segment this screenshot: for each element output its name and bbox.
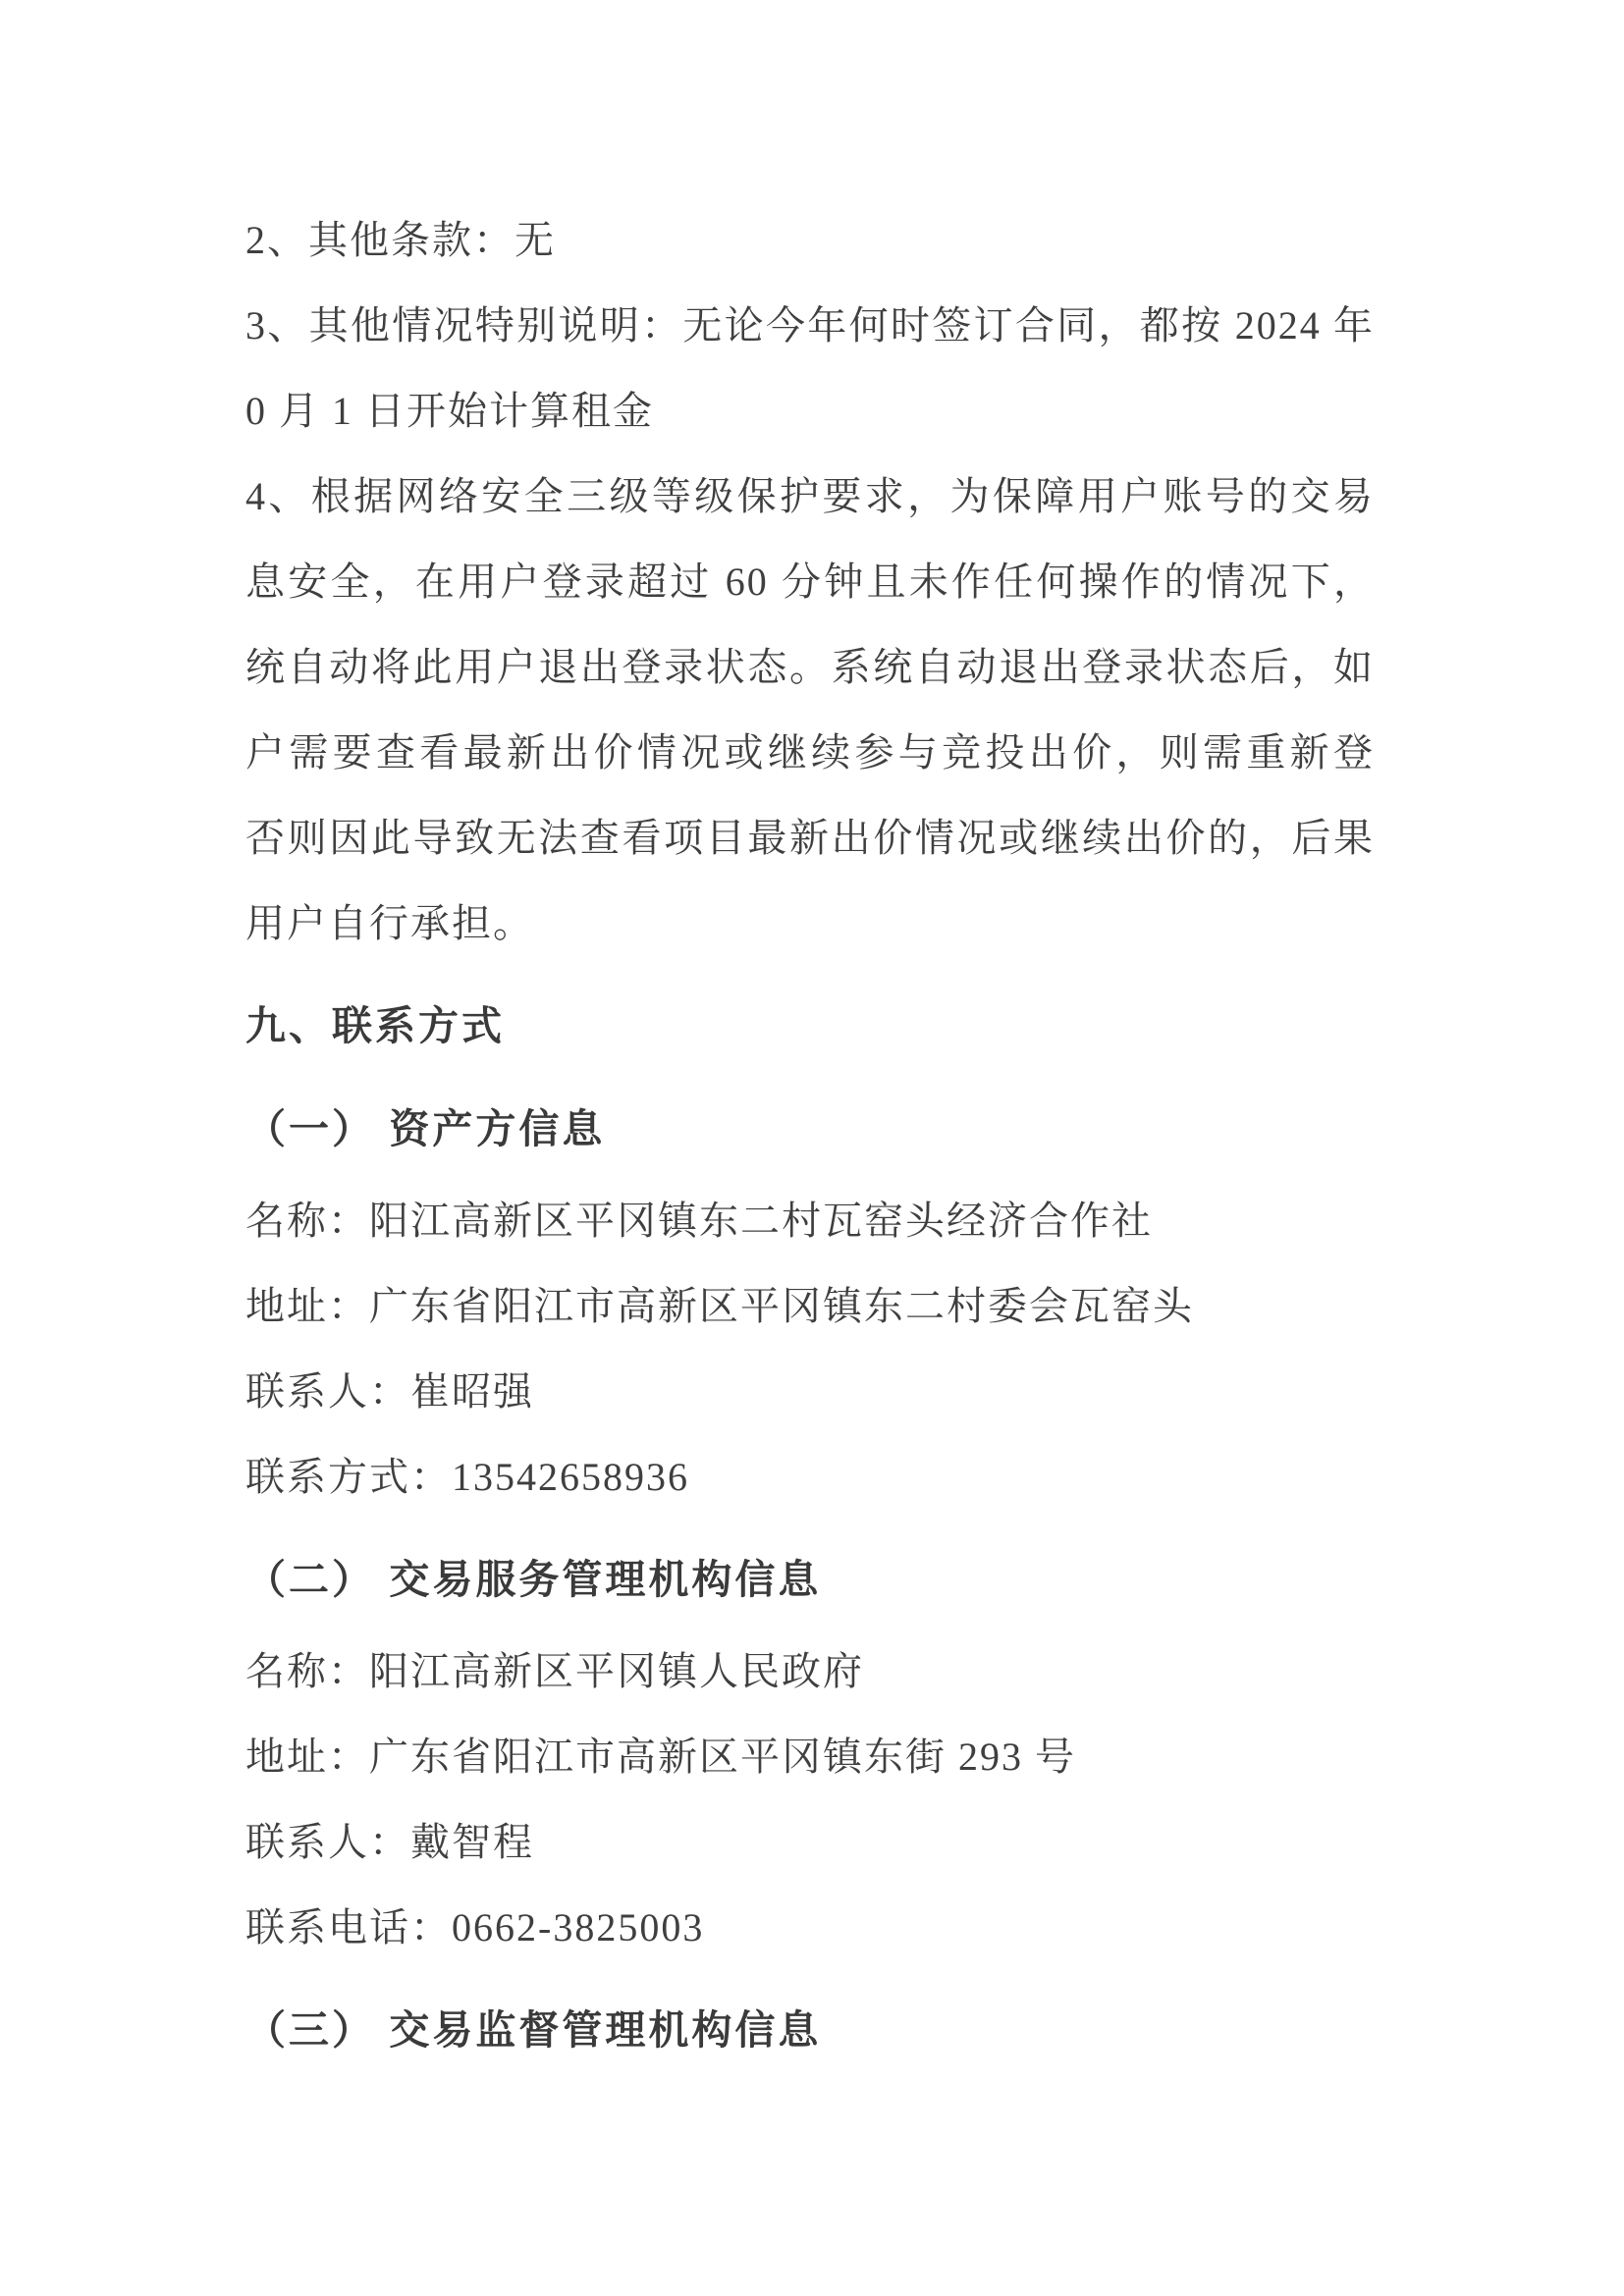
service-agency-heading: （二） 交易服务管理机构信息: [245, 1537, 1375, 1623]
service-agency-contact-person: 联系人：戴智程: [245, 1799, 1375, 1885]
document-page: 2、其他条款：无 3、其他情况特别说明：无论今年何时签订合同，都按 2024 年…: [0, 0, 1624, 2296]
clause-4-security-line-2: 息安全，在用户登录超过 60 分钟且未作任何操作的情况下，系: [245, 539, 1375, 624]
service-agency-name: 名称：阳江高新区平冈镇人民政府: [245, 1629, 1375, 1714]
supervision-agency-heading: （三） 交易监督管理机构信息: [245, 1988, 1375, 2073]
clause-4-security-line-3: 统自动将此用户退出登录状态。系统自动退出登录状态后，如用: [245, 624, 1375, 710]
clause-4-security-line-4: 户需要查看最新出价情况或继续参与竞投出价，则需重新登录，: [245, 710, 1375, 795]
service-agency-address: 地址：广东省阳江市高新区平冈镇东街 293 号: [245, 1714, 1375, 1799]
asset-party-address: 地址：广东省阳江市高新区平冈镇东二村委会瓦窑头: [245, 1263, 1375, 1349]
clause-3-special-note-line-1: 3、其他情况特别说明：无论今年何时签订合同，都按 2024 年 1: [245, 283, 1375, 368]
clause-4-security-line-1: 4、根据网络安全三级等级保护要求，为保障用户账号的交易信: [245, 454, 1375, 539]
clause-2-other-terms: 2、其他条款：无: [245, 197, 1375, 283]
asset-party-contact-number: 联系方式：13542658936: [245, 1434, 1375, 1520]
clause-3-special-note-line-2: 0 月 1 日开始计算租金: [245, 368, 1375, 454]
asset-party-heading: （一） 资产方信息: [245, 1087, 1375, 1172]
asset-party-name: 名称：阳江高新区平冈镇东二村瓦窑头经济合作社: [245, 1178, 1375, 1263]
asset-party-contact-person: 联系人：崔昭强: [245, 1349, 1375, 1434]
clause-4-security-line-5: 否则因此导致无法查看项目最新出价情况或继续出价的，后果由: [245, 795, 1375, 881]
section-9-heading: 九、联系方式: [245, 984, 1375, 1069]
service-agency-contact-phone: 联系电话：0662-3825003: [245, 1885, 1375, 1970]
clause-4-security-line-6: 用户自行承担。: [245, 881, 1375, 966]
